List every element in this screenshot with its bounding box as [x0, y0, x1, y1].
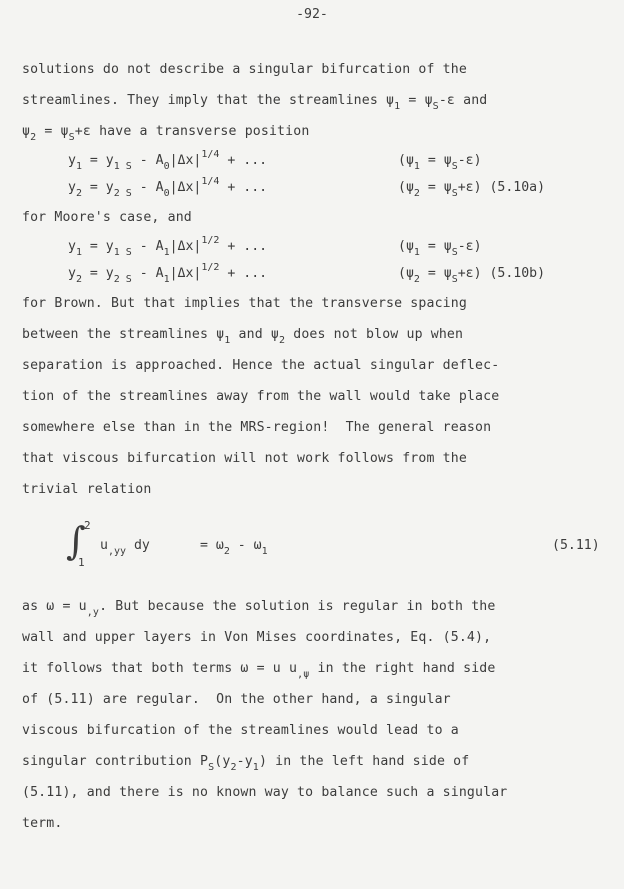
text-line: somewhere else than in the MRS-region! T… — [22, 420, 491, 436]
text-line: wall and upper layers in Von Mises coord… — [22, 630, 491, 646]
equation-5-10b-row2: y2 = y2 S - A1|Δx|1/2 + ... — [68, 266, 267, 282]
equation-5-10a-cond1: (ψ1 = ψS-ε) — [398, 153, 482, 169]
equation-5-10a-cond2: (ψ2 = ψS+ε) (5.10a) — [398, 180, 545, 196]
text-line: viscous bifurcation of the streamlines w… — [22, 723, 459, 739]
equation-5-10b-cond1: (ψ1 = ψS-ε) — [398, 239, 482, 255]
equation-5-10a-row1: y1 = y1 S - A0|Δx|1/4 + ... — [68, 153, 267, 169]
equation-5-10a-row2: y2 = y2 S - A0|Δx|1/4 + ... — [68, 180, 267, 196]
text-line: for Moore's case, and — [22, 210, 192, 226]
text-line: term. — [22, 816, 62, 832]
text-line: as ω = u,y. But because the solution is … — [22, 599, 495, 615]
text-line: ψ2 = ψS+ε have a transverse position — [22, 124, 309, 140]
text-line: tion of the streamlines away from the wa… — [22, 389, 499, 405]
integral-lower-limit: 1 — [78, 557, 85, 569]
equation-label: (5.11) — [552, 538, 600, 554]
text-line: solutions do not describe a singular bif… — [22, 62, 467, 78]
text-line: of (5.11) are regular. On the other hand… — [22, 692, 451, 708]
text-line: (5.11), and there is no known way to bal… — [22, 785, 507, 801]
text-line: between the streamlines ψ1 and ψ2 does n… — [22, 327, 463, 343]
text-line: separation is approached. Hence the actu… — [22, 358, 499, 374]
integral-upper-limit: 2 — [84, 520, 91, 532]
equation-rhs: = ω2 - ω1 — [200, 538, 268, 554]
equation-5-10b-row1: y1 = y1 S - A1|Δx|1/2 + ... — [68, 239, 267, 255]
page-number: -92- — [0, 7, 624, 22]
text-line: streamlines. They imply that the streaml… — [22, 93, 487, 109]
document-page: -92- solutions do not describe a singula… — [0, 0, 624, 889]
text-line: it follows that both terms ω = u u,ψ in … — [22, 661, 495, 677]
text-line: that viscous bifurcation will not work f… — [22, 451, 467, 467]
integral-sign: ∫ — [66, 522, 86, 560]
text-line: trivial relation — [22, 482, 151, 498]
equation-5-10b-cond2: (ψ2 = ψS+ε) (5.10b) — [398, 266, 545, 282]
text-line: for Brown. But that implies that the tra… — [22, 296, 467, 312]
text-line: singular contribution PS(y2-y1) in the l… — [22, 754, 469, 770]
integrand: u,yy dy — [100, 538, 150, 554]
